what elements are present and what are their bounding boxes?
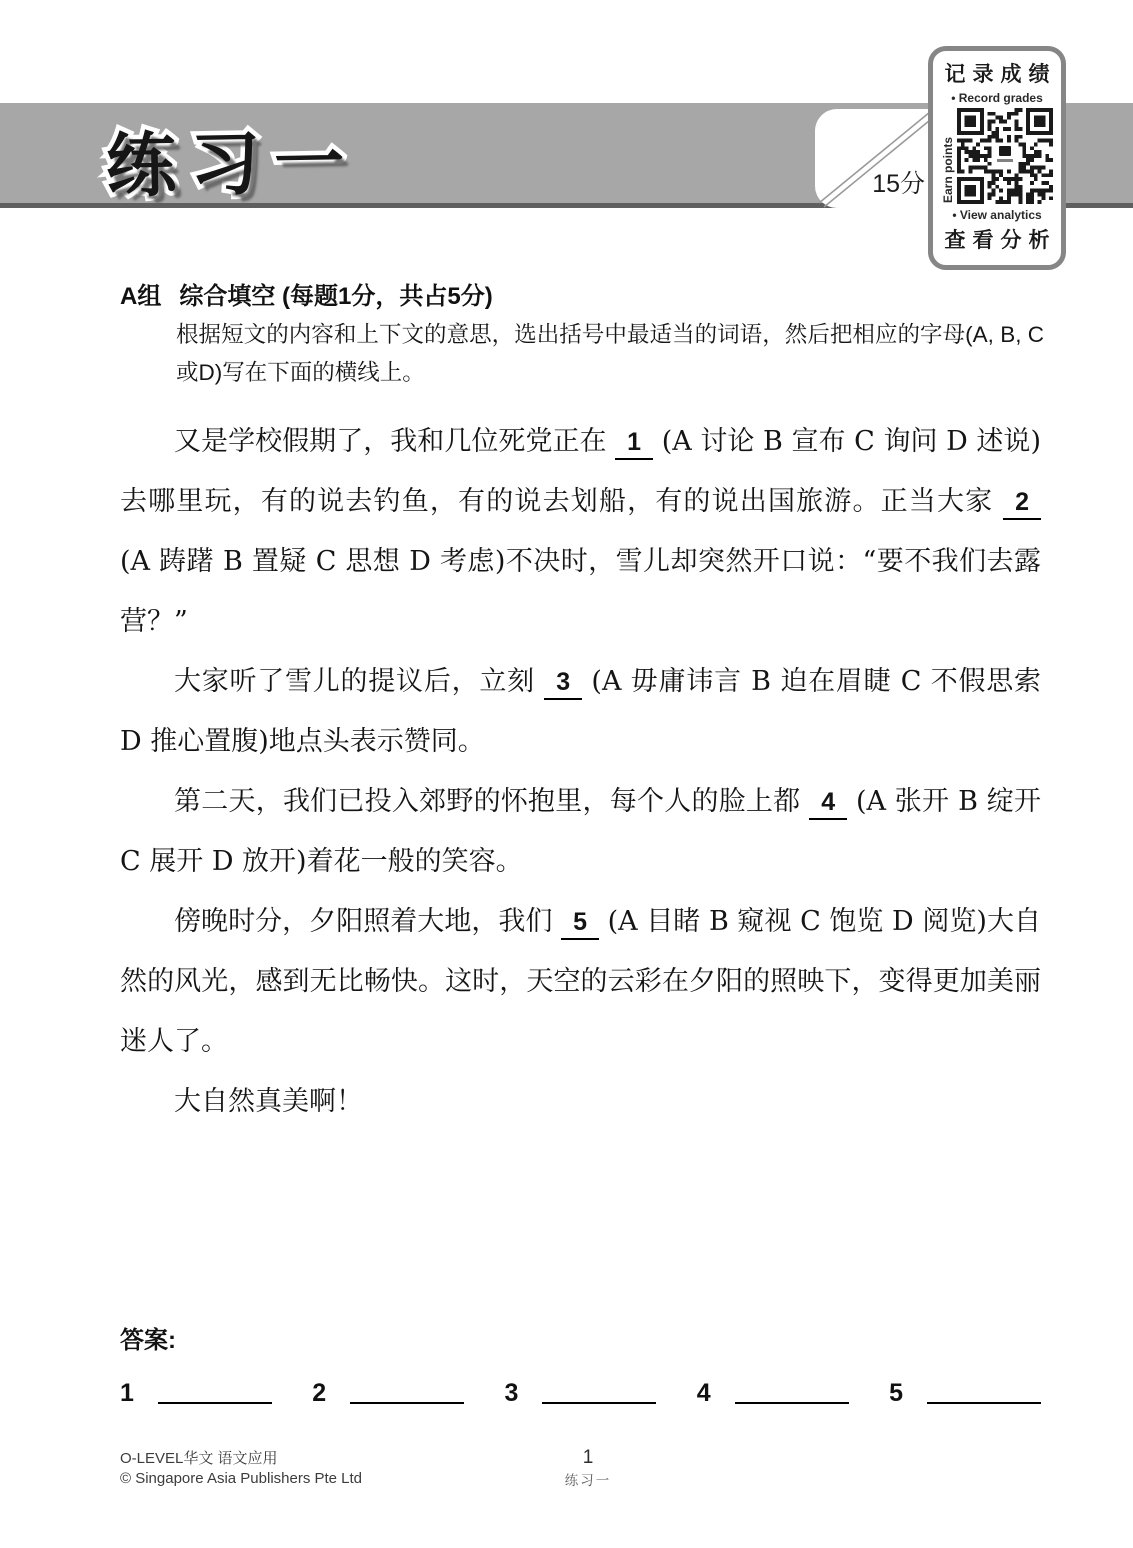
answer-number: 4 [697, 1378, 711, 1408]
answers-row: 1 2 3 4 5 [120, 1378, 1041, 1408]
answer-blank-line [350, 1394, 464, 1404]
answer-blank-line [158, 1394, 272, 1404]
page-exercise-label: 练习一 [518, 1469, 658, 1489]
passage-paragraph-4: 傍晚时分，夕阳照着大地，我们 5 (A 目睹 B 窥视 C 饱览 D 阅览)大自… [120, 892, 1041, 1072]
passage-paragraph-1: 又是学校假期了，我和几位死党正在 1 (A 讨论 B 宣布 C 询问 D 述说)… [120, 412, 1041, 652]
answer-item-3: 3 [505, 1378, 657, 1408]
worksheet-page: 练习一 15分 记录成绩 • Record grades Earn points [0, 0, 1133, 1548]
passage: 又是学校假期了，我和几位死党正在 1 (A 讨论 B 宣布 C 询问 D 述说)… [120, 412, 1041, 1132]
passage-text: (A 踌躇 B 置疑 C 思想 D 考虑)不决时，雪儿却突然开口说：“要不我们去… [120, 546, 1041, 637]
answer-number: 2 [312, 1378, 326, 1408]
passage-text: 第二天，我们已投入郊野的怀抱里，每个人的脸上都 [174, 786, 809, 817]
answer-blank-line [542, 1394, 656, 1404]
qr-title-cn-bottom: 查看分析 [938, 224, 1057, 254]
qr-row: Earn points [941, 108, 1053, 204]
footer-page-info: 1 练习一 [518, 1447, 658, 1489]
qr-panel: 记录成绩 • Record grades Earn points • View … [928, 46, 1066, 270]
section-a-heading: A组综合填空 (每题1分，共占5分) [120, 276, 493, 311]
blank-5: 5 [561, 909, 599, 940]
view-analytics-label: • View analytics [952, 208, 1041, 222]
section-title: 综合填空 (每题1分，共占5分) [179, 283, 492, 310]
score-total: 15分 [872, 164, 925, 200]
record-grades-label: • Record grades [951, 91, 1043, 105]
answer-blank-line [735, 1394, 849, 1404]
qr-code-icon [957, 108, 1053, 204]
answer-item-2: 2 [312, 1378, 464, 1408]
answer-number: 5 [889, 1378, 903, 1408]
answer-item-4: 4 [697, 1378, 849, 1408]
passage-paragraph-2: 大家听了雪儿的提议后，立刻 3 (A 毋庸讳言 B 迫在眉睫 C 不假思索 D … [120, 652, 1041, 772]
passage-paragraph-3: 第二天，我们已投入郊野的怀抱里，每个人的脸上都 4 (A 张开 B 绽开 C 展… [120, 772, 1041, 892]
qr-title-cn: 记录成绩 [938, 58, 1057, 88]
answer-blank-line [927, 1394, 1041, 1404]
answer-number: 3 [505, 1378, 519, 1408]
blank-4: 4 [809, 789, 847, 820]
passage-text: 大家听了雪儿的提议后，立刻 [174, 666, 544, 697]
answer-item-1: 1 [120, 1378, 272, 1408]
passage-text: 大自然真美啊！ [174, 1086, 363, 1117]
footer-imprint: O-LEVEL华文 语文应用 © Singapore Asia Publishe… [120, 1449, 362, 1489]
section-instructions: 根据短文的内容和上下文的意思，选出括号中最适当的词语，然后把相应的字母(A, B… [176, 316, 1044, 392]
blank-1: 1 [615, 429, 653, 460]
blank-2: 2 [1003, 489, 1041, 520]
blank-3: 3 [544, 669, 582, 700]
section-group-label: A组 [120, 283, 161, 310]
page-title: 练习一 [105, 106, 359, 211]
answers-label: 答案: [120, 1320, 176, 1355]
passage-text: 又是学校假期了，我和几位死党正在 [174, 426, 615, 457]
score-box: 15分 [815, 109, 935, 208]
footer-series: O-LEVEL华文 语文应用 [120, 1449, 362, 1469]
footer-copyright: © Singapore Asia Publishers Pte Ltd [120, 1469, 362, 1489]
answer-number: 1 [120, 1378, 134, 1408]
passage-paragraph-5: 大自然真美啊！ [120, 1072, 1041, 1132]
earn-points-label: Earn points [941, 109, 955, 203]
passage-text: 傍晚时分，夕阳照着大地，我们 [174, 906, 561, 937]
page-number: 1 [518, 1447, 658, 1469]
answer-item-5: 5 [889, 1378, 1041, 1408]
